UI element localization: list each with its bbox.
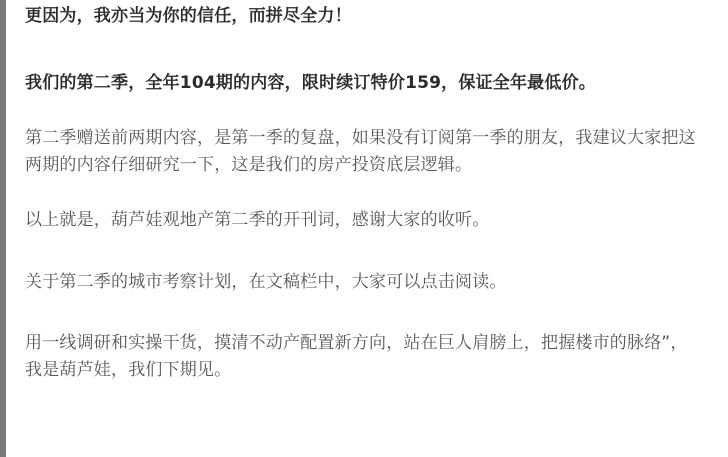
paragraph-trust-statement: 更因为，我亦当为你的信任，而拼尽全力！: [25, 3, 710, 30]
article-body: 更因为，我亦当为你的信任，而拼尽全力！ 我们的第二季，全年104期的内容，限时续…: [25, 3, 710, 418]
left-border-bar: [0, 0, 6, 457]
paragraph-closing-thanks: 以上就是，葫芦娃观地产第二季的开刊词，感谢大家的收听。: [25, 207, 710, 234]
paragraph-bonus-episodes: 第二季赠送前两期内容，是第一季的复盘，如果没有订阅第一季的朋友，我建议大家把这两…: [25, 125, 710, 179]
paragraph-city-visit-plan: 关于第二季的城市考察计划，在文稿栏中，大家可以点击阅读。: [25, 269, 710, 296]
paragraph-season-two-pricing: 我们的第二季，全年104期的内容，限时续订特价159，保证全年最低价。: [25, 70, 710, 97]
paragraph-sign-off: 用一线调研和实操干货，摸清不动产配置新方向，站在巨人肩膀上，把握楼市的脉络”， …: [25, 330, 710, 384]
